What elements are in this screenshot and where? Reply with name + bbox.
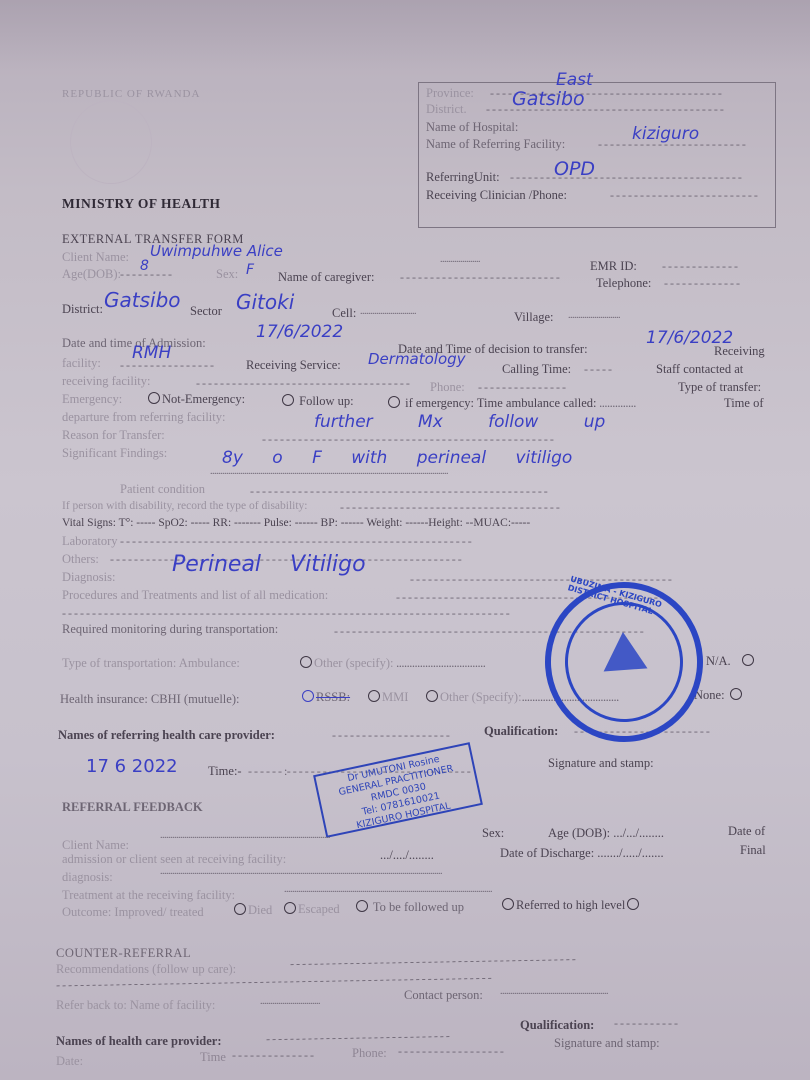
recommendations-line: - - - - - - - - - - - - - - - - - - - - … (290, 952, 576, 972)
village-label: Village: (514, 310, 554, 325)
transport-other-text: Other (specify): (314, 656, 393, 670)
client-name-line: .................... (440, 254, 480, 265)
feedback-date-of-label: Date of (728, 824, 765, 839)
diagnosis-label: Diagnosis: (62, 570, 115, 585)
contact-person-label: Contact person: (404, 988, 483, 1003)
insurance-other-radio[interactable] (426, 690, 438, 702)
not-emergency-option[interactable]: Not-Emergency: (146, 392, 245, 407)
sex-label: Sex: (216, 267, 238, 282)
province-label: Province: (426, 86, 474, 101)
receiving-clinician-line: - - - - - - - - - - - - - - - - - - - - … (610, 188, 757, 203)
receiving-service-value[interactable]: Dermatology (368, 350, 466, 368)
outcome-escaped-option[interactable]: Escaped (282, 902, 340, 917)
ministry-heading: MINISTRY OF HEALTH (62, 196, 221, 212)
laboratory-label: Laboratory (62, 534, 118, 549)
feedback-seen-value: .../..../........ (380, 848, 434, 863)
receiving-facility-value[interactable]: RMH (132, 343, 171, 363)
outcome-died-option[interactable]: Died (232, 903, 272, 918)
district-box-label: District. (426, 102, 467, 117)
emergency-label: Emergency: (62, 392, 122, 407)
feedback-sex-label: Sex: (482, 826, 504, 841)
feedback-seen-label: admission or client seen at receiving fa… (62, 852, 286, 867)
counter-signature-label: Signature and stamp: (554, 1036, 660, 1051)
insurance-none-text: None: (694, 688, 725, 702)
outcome-escaped-radio[interactable] (284, 902, 296, 914)
feedback-discharge-label: Date of Discharge: ......./...../....... (500, 846, 664, 861)
insurance-none-option[interactable]: None: (694, 688, 744, 703)
outcome-referred-radio-2[interactable] (627, 898, 639, 910)
referring-unit-label: ReferringUnit: (426, 170, 500, 185)
feedback-client-line: ........................................… (160, 830, 330, 841)
transport-na-radio[interactable] (742, 654, 754, 666)
insurance-label: Health insurance: CBHI (mutuelle): (60, 692, 239, 707)
phone-label: Phone: (430, 380, 465, 395)
hospital-label: Name of Hospital: (426, 120, 518, 135)
counter-provider-label: Names of health care provider: (56, 1034, 221, 1049)
if-emergency-option[interactable]: if emergency: Time ambulance called: ...… (386, 396, 636, 411)
outcome-followed-text: To be followed up (373, 900, 464, 914)
stamp-emblem-icon (601, 630, 648, 671)
referring-unit-line: - - - - - - - - - - - - - - - - - - - - … (510, 170, 741, 185)
reason-value[interactable]: further Mx follow up (314, 412, 605, 432)
insurance-rssb-radio[interactable] (302, 690, 314, 702)
calling-time-line: - - - - - (584, 362, 611, 377)
rwanda-emblem-icon (70, 100, 152, 184)
condition-label: Patient condition (120, 482, 205, 497)
sector-label: Sector (190, 304, 222, 319)
telephone-line: - - - - - - - - - - - - - (664, 276, 739, 291)
outcome-followed-radio[interactable] (356, 900, 368, 912)
insurance-none-radio[interactable] (730, 688, 742, 700)
outcome-referred-option[interactable]: Referred to high level (500, 898, 641, 913)
outcome-escaped-text: Escaped (298, 902, 340, 916)
counter-qualification-line: - - - - - - - - - - - (614, 1016, 677, 1031)
outcome-referred-text: Referred to high level (516, 898, 625, 912)
receiving-facility2-line: - - - - - - - - - - - - - - - - - - - - … (196, 376, 409, 391)
feedback-client-label: Client Name: (62, 838, 129, 853)
feedback-receiving-line: ........................................… (284, 884, 492, 895)
insurance-mmi-radio[interactable] (368, 690, 380, 702)
if-emergency-text: if emergency: Time ambulance called: (405, 396, 596, 410)
age-label: Age(DOB): (62, 267, 121, 282)
follow-up-radio[interactable] (282, 394, 294, 406)
client-name-value[interactable]: Uwimpuhwe Alice (150, 242, 283, 260)
refer-back-line: .............................. (260, 996, 320, 1007)
findings-line: ........................................… (210, 466, 448, 477)
outcome-followed-option[interactable]: To be followed up (354, 900, 464, 915)
date-value[interactable]: 17 6 2022 (86, 756, 178, 777)
counter-phone-label: Phone: (352, 1046, 387, 1061)
receiving-facility2-label: receiving facility: (62, 374, 151, 389)
sector-value[interactable]: Gitoki (236, 290, 294, 314)
counter-referral-title: COUNTER-REFERRAL (56, 946, 191, 961)
findings-label: Significant Findings: (62, 446, 167, 461)
feedback-title: REFERRAL FEEDBACK (62, 800, 203, 815)
district-value[interactable]: Gatsibo (104, 288, 181, 312)
condition-line: - - - - - - - - - - - - - - - - - - - - … (250, 484, 547, 499)
insurance-mmi-text: MMI (382, 690, 408, 704)
type-transfer-label: Type of transfer: (678, 380, 761, 395)
district-label: District: (62, 302, 103, 317)
reason-line: - - - - - - - - - - - - - - - - - - - - … (262, 432, 553, 447)
emr-label: EMR ID: (590, 259, 637, 274)
caregiver-line: - - - - - - - - - - - - - - - - - - - - … (400, 270, 559, 285)
emr-line: - - - - - - - - - - - - - (662, 259, 737, 274)
time-of-label: Time of (724, 396, 763, 411)
transport-na-text: N/A. (706, 654, 731, 668)
telephone-label: Telephone: (596, 276, 651, 291)
outcome-died-text: Died (248, 903, 272, 917)
age-value[interactable]: 8 (140, 258, 149, 274)
feedback-diagnosis-label: diagnosis: (62, 870, 113, 885)
counter-time-line: - - - - - - - - - - - - - - (232, 1048, 313, 1063)
referring-facility-value[interactable]: kiziguro (632, 124, 699, 144)
signature-label: Signature and stamp: (548, 756, 654, 771)
receiving-word: Receiving (714, 344, 765, 359)
time-label: Time:- (208, 764, 242, 779)
doctor-stamp: Dr UMUTONI Rosine GENERAL PRACTITIONER R… (313, 742, 483, 838)
feedback-outcome-label: Outcome: Improved/ treated (62, 905, 204, 920)
diagnosis-value[interactable]: Perineal Vitiligo (172, 552, 366, 577)
provider-label: Names of referring health care provider: (58, 728, 275, 743)
sex-value[interactable]: F (246, 262, 254, 278)
disability-label: If person with disability, record the ty… (62, 500, 308, 512)
counter-qualification-label: Qualification: (520, 1018, 594, 1033)
receiving-facility-label: facility: (62, 356, 101, 371)
feedback-receiving-label: Treatment at the receiving facility: (62, 888, 235, 903)
counter-time-label: Time (200, 1050, 226, 1065)
feedback-diagnosis-line: ........................................… (160, 866, 442, 877)
refer-back-label: Refer back to: Name of facility: (56, 998, 215, 1013)
admission-value[interactable]: 17/6/2022 (256, 322, 343, 342)
not-emergency-radio[interactable] (148, 392, 160, 404)
province-value[interactable]: East (556, 70, 593, 90)
procedures-label: Procedures and Treatments and list of al… (62, 588, 328, 603)
insurance-rssb-option[interactable]: RSSB: (300, 690, 350, 705)
phone-line: - - - - - - - - - - - - - - - (478, 380, 565, 395)
insurance-rssb-text: RSSB: (316, 690, 350, 704)
transport-other-option[interactable]: Other (specify): .......................… (298, 656, 485, 671)
counter-phone-line: - - - - - - - - - - - - - - - - - - (398, 1044, 503, 1059)
not-emergency-text: Not-Emergency: (162, 392, 245, 406)
follow-up-text: Follow up: (299, 394, 354, 408)
counter-date-label: Date: (56, 1054, 83, 1069)
procedures-line-2: - - - - - - - - - - - - - - - - - - - - … (62, 606, 509, 621)
others-label: Others: (62, 552, 99, 567)
follow-up-option[interactable]: Follow up: (280, 394, 354, 409)
outcome-died-radio[interactable] (234, 903, 246, 915)
transport-na-option[interactable]: N/A. (706, 654, 756, 669)
contact-person-line: ........................................… (500, 986, 608, 997)
caregiver-label: Name of caregiver: (278, 270, 374, 285)
disability-line: - - - - - - - - - - - - - - - - - - - - … (340, 500, 559, 515)
village-line: .......................... (568, 310, 620, 321)
qualification-label: Qualification: (484, 724, 558, 739)
receiving-clinician-label: Receiving Clinician /Phone: (426, 188, 567, 203)
paper-document: REPUBLIC OF RWANDA MINISTRY OF HEALTH Pr… (0, 0, 810, 1080)
departure-label: departure from referring facility: (62, 410, 225, 425)
district-box-value[interactable]: Gatsibo (512, 88, 585, 110)
cell-label: Cell: (332, 306, 356, 321)
laboratory-line: - - - - - - - - - - - - - - - - - - - - … (120, 534, 471, 549)
feedback-final-label: Final (740, 843, 766, 858)
reason-label: Reason for Transfer: (62, 428, 165, 443)
referring-unit-value[interactable]: OPD (554, 158, 595, 180)
vital-signs-label: Vital Signs: T°: ----- SpO2: ----- RR: -… (62, 517, 530, 529)
monitoring-label: Required monitoring during transportatio… (62, 622, 278, 637)
feedback-age-label: Age (DOB): .../.../........ (548, 826, 664, 841)
provider-line: - - - - - - - - - - - - - - - - - - - - (332, 728, 449, 743)
referring-facility-label: Name of Referring Facility: (426, 137, 565, 152)
calling-time-label: Calling Time: (502, 362, 571, 377)
transport-label: Type of transportation: Ambulance: (62, 656, 240, 671)
receiving-service-label: Receiving Service: (246, 358, 341, 373)
outcome-referred-radio[interactable] (502, 898, 514, 910)
findings-value[interactable]: 8y o F with perineal vitiligo (222, 448, 572, 468)
transport-other-radio[interactable] (300, 656, 312, 668)
republic-heading: REPUBLIC OF RWANDA (62, 88, 200, 100)
insurance-mmi-option[interactable]: MMI (366, 690, 408, 705)
insurance-other-text: Other (Specify): (440, 690, 522, 704)
staff-contacted-label: Staff contacted at (656, 362, 743, 377)
if-emergency-radio[interactable] (388, 396, 400, 408)
paper-shadow (0, 0, 810, 70)
cell-line: ............................ (360, 306, 416, 317)
client-name-label: Client Name: (62, 250, 129, 265)
